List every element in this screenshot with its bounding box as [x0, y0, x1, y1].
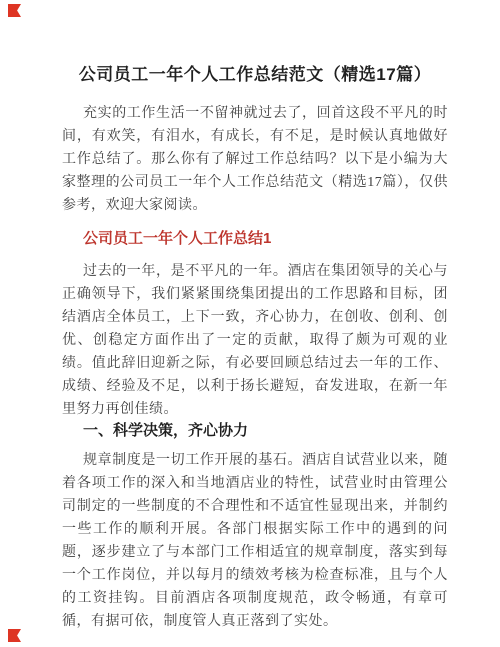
red-corner-ribbon-icon-top: [8, 4, 21, 17]
section-paragraph: 过去的一年，是不平凡的一年。酒店在集团领导的关心与正确领导下，我们紧紧围绕集团提…: [62, 260, 448, 421]
subsection-paragraph: 规章制度是一切工作开展的基石。酒店自试营业以来，随着各项工作的深入和当地酒店业的…: [62, 449, 448, 633]
document-title: 公司员工一年个人工作总结范文（精选17篇）: [62, 62, 448, 88]
red-corner-ribbon-icon-bottom: [8, 629, 21, 642]
section-heading-red: 公司员工一年个人工作总结1: [62, 230, 448, 248]
intro-paragraph: 充实的工作生活一不留神就过去了，回首这段不平凡的时间，有欢笑，有泪水，有成长，有…: [62, 102, 448, 217]
document-content: 公司员工一年个人工作总结范文（精选17篇） 充实的工作生活一不留神就过去了，回首…: [62, 0, 448, 633]
subsection-heading: 一、科学决策，齐心协力: [62, 422, 448, 440]
document-page: 公司员工一年个人工作总结范文（精选17篇） 充实的工作生活一不留神就过去了，回首…: [0, 0, 500, 647]
